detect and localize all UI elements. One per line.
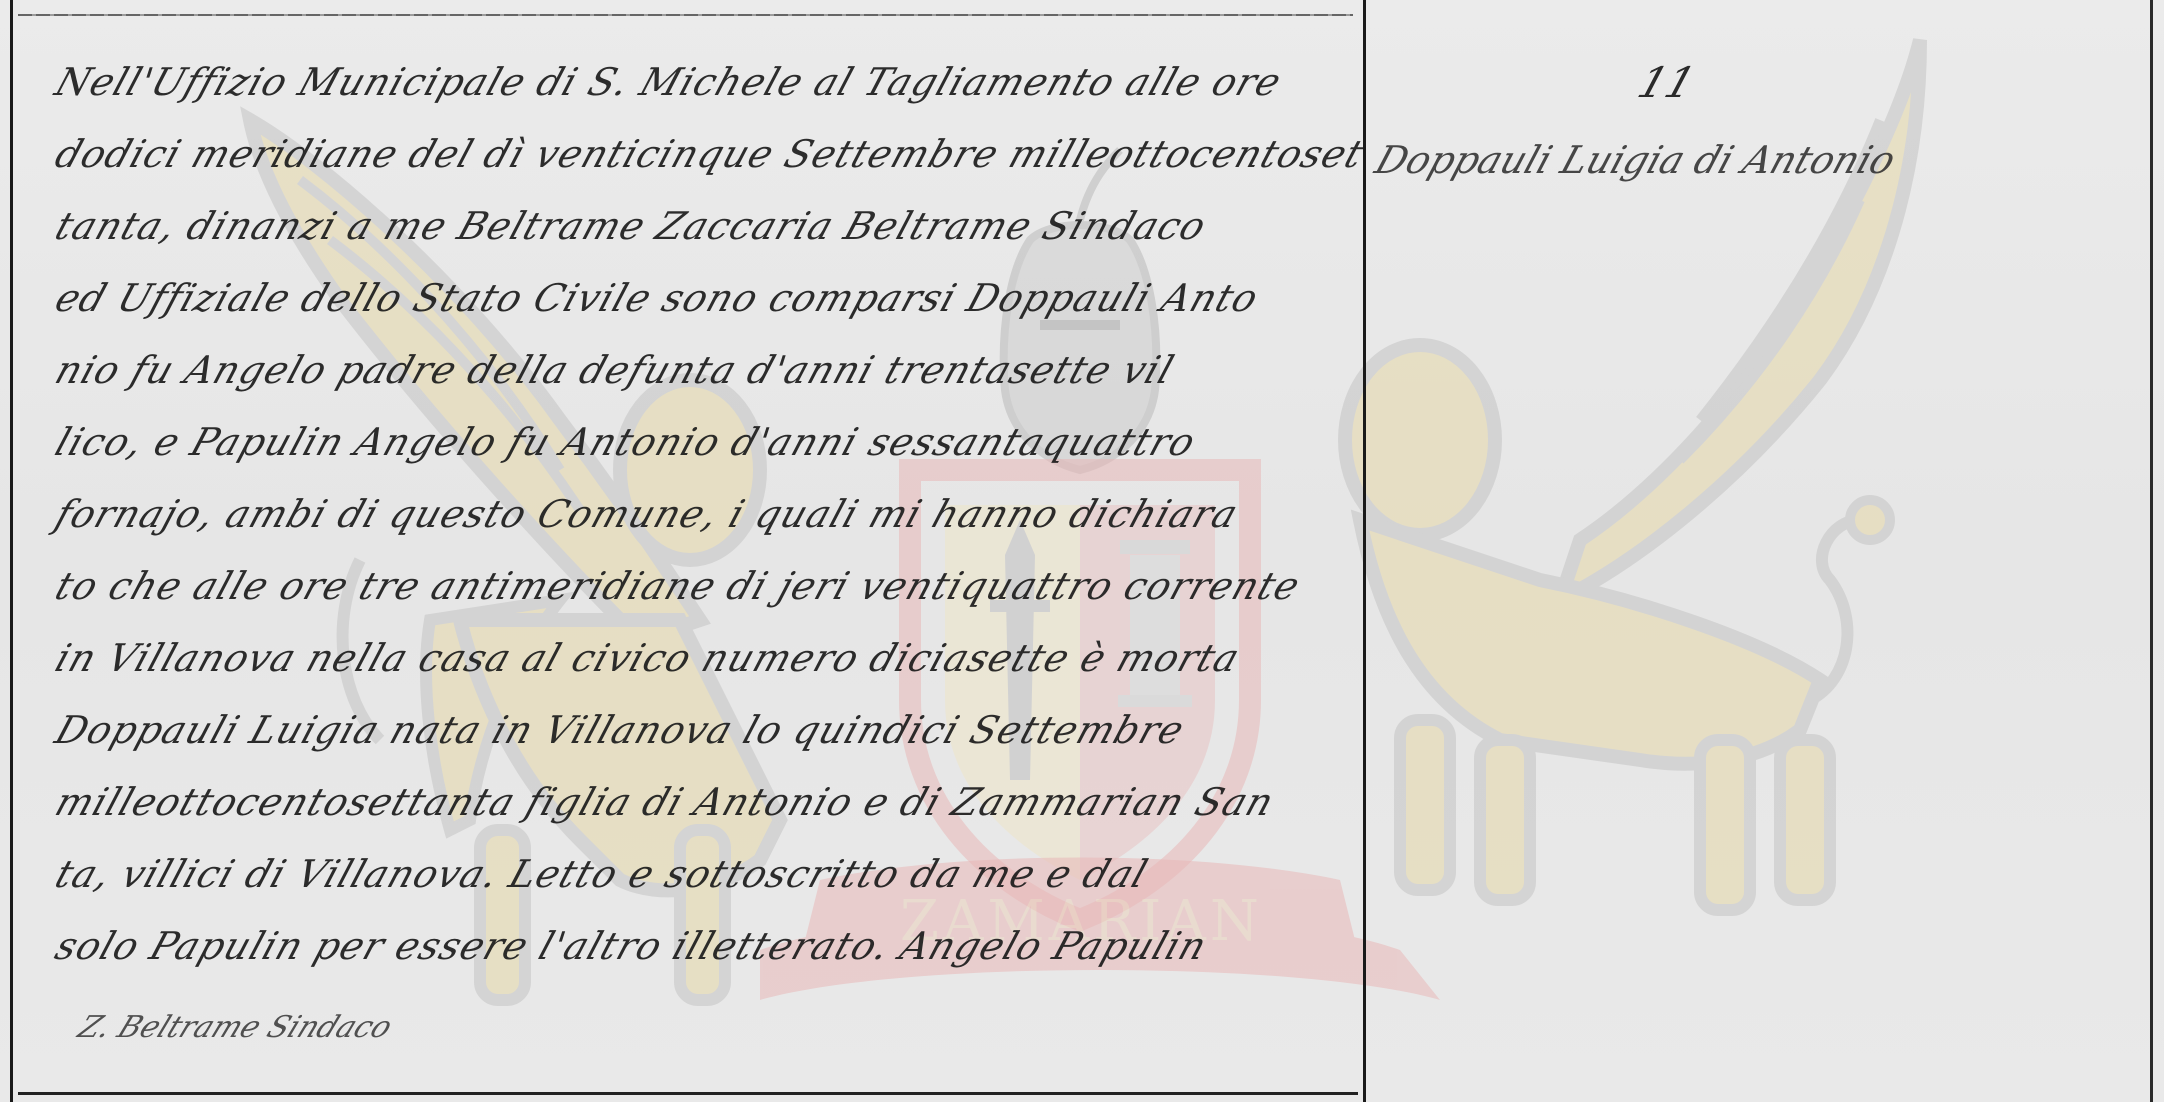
record-line: nio fu Angelo padre della defunta d'anni… (50, 348, 1180, 392)
top-rule (18, 14, 1353, 16)
record-line: solo Papulin per essere l'altro illetter… (50, 924, 1213, 968)
record-line: lico, e Papulin Angelo fu Antonio d'anni… (50, 420, 1201, 464)
register-page: ZAMARIAN Nell'Uffizio Municipale di S. M… (0, 0, 2164, 1102)
record-line: to che alle ore tre antimeridiane di jer… (50, 564, 1306, 608)
mayor-signature: Z. Beltrame Sindaco (73, 1010, 397, 1045)
record-line: tanta, dinanzi a me Beltrame Zaccaria Be… (50, 204, 1212, 248)
record-line: ta, villici di Villanova. Letto e sottos… (50, 852, 1154, 896)
margin-deceased-name: Doppauli Luigia di Antonio (1370, 138, 1901, 182)
record-line: ed Uffiziale dello Stato Civile sono com… (50, 276, 1264, 320)
record-line: in Villanova nella casa al civico numero… (50, 636, 1246, 680)
bottom-rule (18, 1092, 1358, 1095)
left-border-rule (10, 0, 13, 1102)
record-line: fornajo, ambi di questo Comune, i quali … (50, 492, 1244, 536)
record-line: dodici meridiane del dì venticinque Sett… (50, 132, 1370, 176)
record-number: 11 (1632, 58, 1701, 107)
column-divider-rule (1363, 0, 1366, 1102)
record-line: Nell'Uffizio Municipale di S. Michele al… (50, 60, 1287, 104)
record-line: Doppauli Luigia nata in Villanova lo qui… (50, 708, 1190, 752)
record-line: milleottocentosettanta figlia di Antonio… (50, 780, 1280, 824)
right-border-rule (2150, 0, 2153, 1102)
